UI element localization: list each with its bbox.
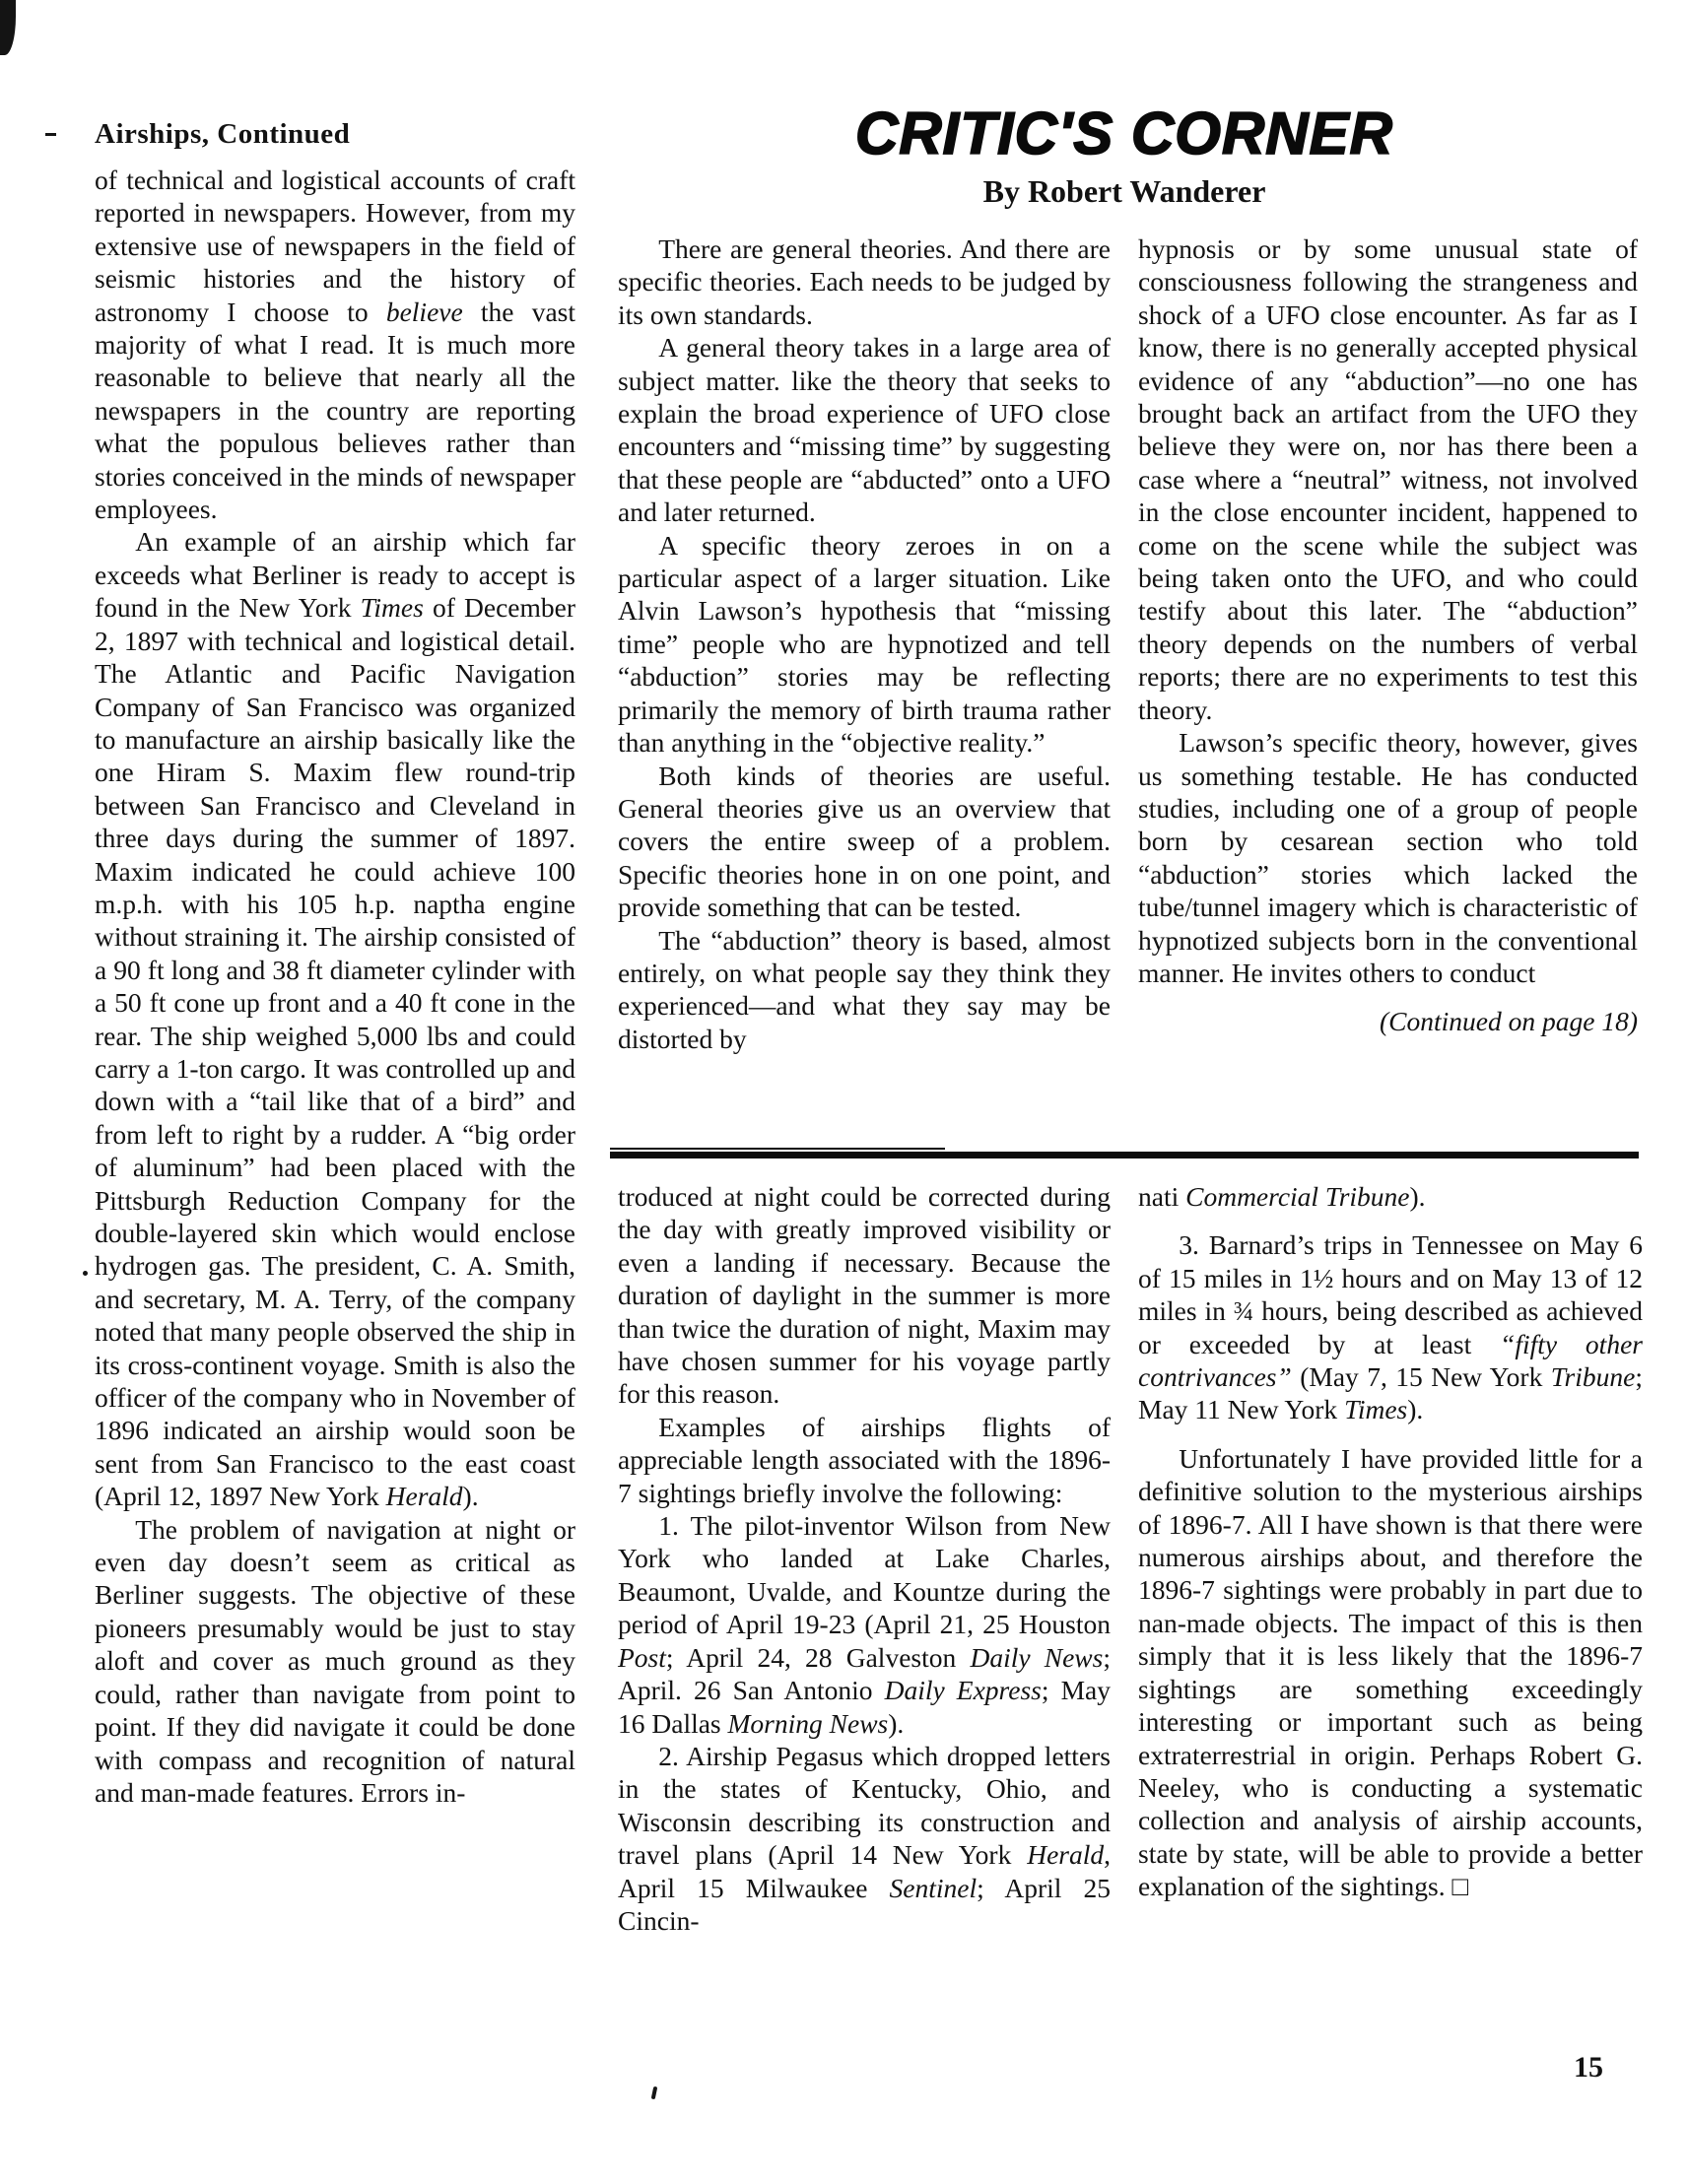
text-run: hypnosis or by some unusual state of con… [1138,233,1638,725]
right-column-upper: hypnosis or by some unusual state of con… [1138,232,1638,1038]
text-run: ). [1410,1181,1426,1212]
scan-artifact-corner [0,0,16,55]
paragraph: 2. Airship Pegasus which dropped letters… [618,1740,1111,1937]
text-run: the vast majority of what I read. It is … [95,297,575,524]
italic-text-run: Post [618,1642,666,1673]
text-run: Both kinds of theories are useful. Gener… [618,761,1111,923]
airships-continued-heading: Airships, Continued [95,118,575,150]
paragraph: 1. The pilot-inventor Wilson from New Yo… [618,1509,1111,1740]
text-run: Examples of airships flights of apprecia… [618,1412,1111,1508]
text-run: There are general theories. And there ar… [618,233,1111,330]
text-run: ). [888,1708,904,1739]
paragraph: A general theory takes in a large area o… [618,331,1111,528]
scan-artifact-tick [651,2086,658,2100]
text-run: ; April 24, 28 Galveston [666,1642,971,1673]
italic-text-run: believe [386,297,463,327]
italic-text-run: Herald [1027,1839,1104,1870]
text-run: of December 2, 1897 with technical and l… [95,592,575,1511]
page-number: 15 [1574,2051,1603,2085]
text-run: The problem of navigation at night or ev… [95,1514,575,1808]
scan-artifact-dash [45,133,56,136]
paragraph: An example of an airship which far excee… [95,525,575,1512]
paragraph: troduced at night could be corrected dur… [618,1180,1111,1411]
text-run: ). [1407,1394,1423,1424]
paragraph: Both kinds of theories are useful. Gener… [618,760,1111,924]
paragraph: Lawson’s specific theory, however, gives… [1138,726,1638,989]
scan-artifact-dot [83,1271,88,1276]
paragraph: hypnosis or by some unusual state of con… [1138,232,1638,726]
text-run: (May 7, 15 New York [1292,1361,1551,1392]
paragraph: 3. Barnard’s trips in Tennessee on May 6… [1138,1228,1643,1425]
section-divider-rule [610,1152,1639,1158]
paragraph: Unfortunately I have provided little for… [1138,1442,1643,1903]
article-byline: By Robert Wanderer [611,173,1638,209]
paragraph: A specific theory zeroes in on a particu… [618,529,1111,760]
left-column-body: of technical and logistical accounts of … [95,164,575,1809]
paragraph: of technical and logistical accounts of … [95,164,575,525]
italic-text-run: Times [361,592,424,623]
text-run: troduced at night could be corrected dur… [618,1181,1111,1409]
magazine-page: Airships, Continued of technical and log… [0,0,1687,2184]
text-run: Lawson’s specific theory, however, gives… [1138,727,1638,988]
article-header: CRITIC'S CORNER By Robert Wanderer [611,102,1638,209]
paragraph: The “abduction” theory is based, almost … [618,924,1111,1056]
left-column: Airships, Continued of technical and log… [95,118,575,1809]
italic-text-run: Daily News [970,1642,1103,1673]
text-run: nati [1138,1181,1185,1212]
paragraph: The problem of navigation at night or ev… [95,1513,575,1810]
right-column-lower: nati Commercial Tribune).3. Barnard’s tr… [1138,1180,1643,1903]
text-run: A specific theory zeroes in on a particu… [618,530,1111,758]
italic-text-run: Morning News [728,1708,889,1739]
italic-text-run: Sentinel [890,1873,978,1903]
middle-column-lower: troduced at night could be corrected dur… [618,1180,1111,1937]
text-run: Unfortunately I have provided little for… [1138,1443,1643,1901]
middle-column-upper: There are general theories. And there ar… [618,232,1111,1055]
italic-text-run: Herald [386,1481,463,1511]
paragraph: Examples of airships flights of apprecia… [618,1411,1111,1509]
text-run: 1. The pilot-inventor Wilson from New Yo… [618,1510,1111,1639]
right-column-upper-body: hypnosis or by some unusual state of con… [1138,232,1638,989]
italic-text-run: Commercial Tribune [1185,1181,1409,1212]
italic-text-run: Tribune [1551,1361,1636,1392]
article-title: CRITIC'S CORNER [611,102,1638,165]
italic-text-run: Times [1344,1394,1407,1424]
continued-note: (Continued on page 18) [1138,1005,1638,1037]
text-run: ). [463,1481,479,1511]
italic-text-run: Daily Express [885,1675,1042,1705]
paragraph: There are general theories. And there ar… [618,232,1111,331]
text-run: A general theory takes in a large area o… [618,332,1111,527]
text-run: The “abduction” theory is based, almost … [618,925,1111,1054]
paragraph: nati Commercial Tribune). [1138,1180,1643,1213]
